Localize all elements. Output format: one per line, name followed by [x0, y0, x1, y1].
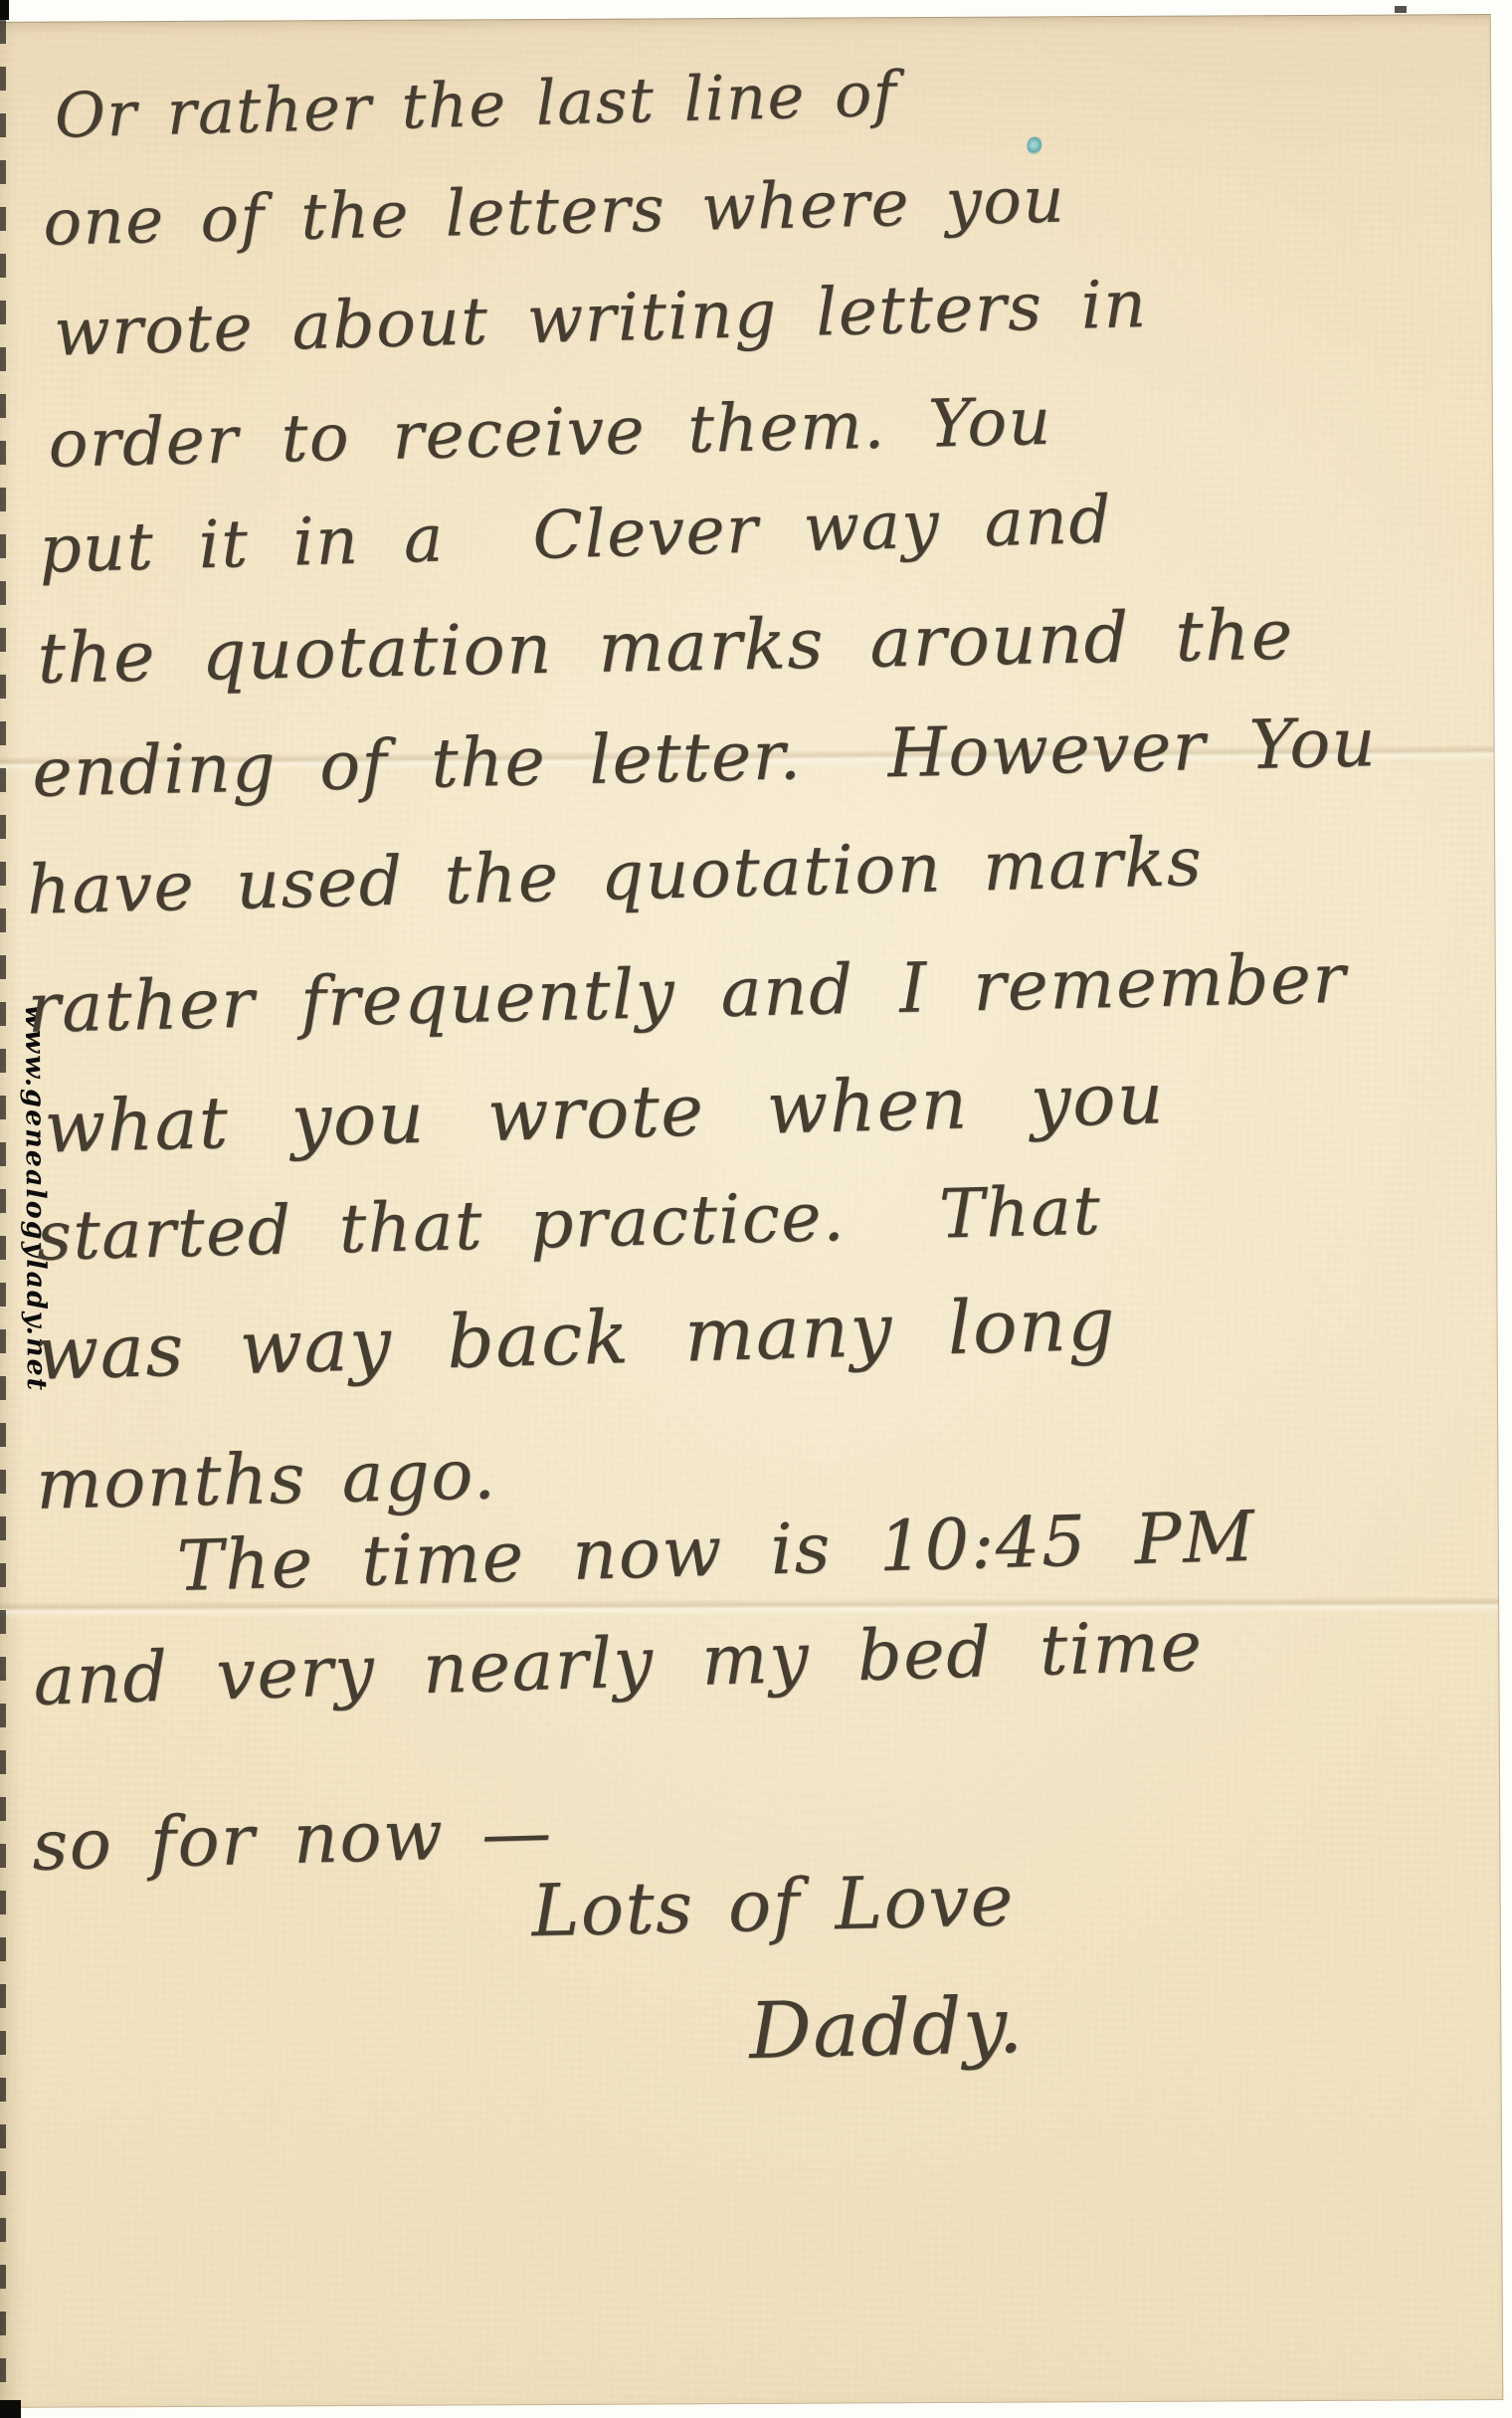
letter-closing: Lots of Love	[530, 1857, 1015, 1953]
letter-line-4: order to receive them. You	[48, 382, 1053, 484]
scan-artifact-bottom-left-square	[0, 2400, 21, 2418]
letter-line-6: the quotation marks around the	[37, 592, 1295, 700]
scan-canvas: www.genealogylady.net Or rather the last…	[0, 0, 1512, 2418]
letter-line-7: ending of the letter. However You	[31, 703, 1377, 814]
letter-line-1: Or rather the last line of	[54, 57, 898, 153]
scan-artifact-top-right-dash	[1395, 6, 1407, 13]
letter-line-3: wrote about writing letters in	[53, 265, 1148, 372]
scan-artifact-top-left-bar	[0, 0, 9, 20]
letter-line-8: have used the quotation marks	[26, 822, 1204, 931]
scan-edge-artifact-dashes	[0, 20, 6, 2398]
letter-line-12: was way back many long	[35, 1280, 1118, 1398]
letter-line-5: put it in a Clever way and	[38, 481, 1113, 589]
letter-line-2: one of the letters where you	[43, 162, 1066, 262]
letter-line-15: and very nearly my bed time	[32, 1604, 1204, 1722]
letter-line-11: started that practice. That	[36, 1171, 1102, 1279]
letter-line-9: rather frequently and I remember	[27, 938, 1348, 1051]
letter-line-10: what you wrote when you	[43, 1055, 1166, 1170]
letter-line-13: months ago.	[35, 1432, 497, 1525]
blue-ink-speck	[1027, 136, 1041, 154]
letter-paper-sheet: www.genealogylady.net Or rather the last…	[0, 14, 1503, 2408]
letter-line-16: so for now —	[31, 1790, 554, 1888]
letter-signature: Daddy.	[748, 1980, 1025, 2080]
